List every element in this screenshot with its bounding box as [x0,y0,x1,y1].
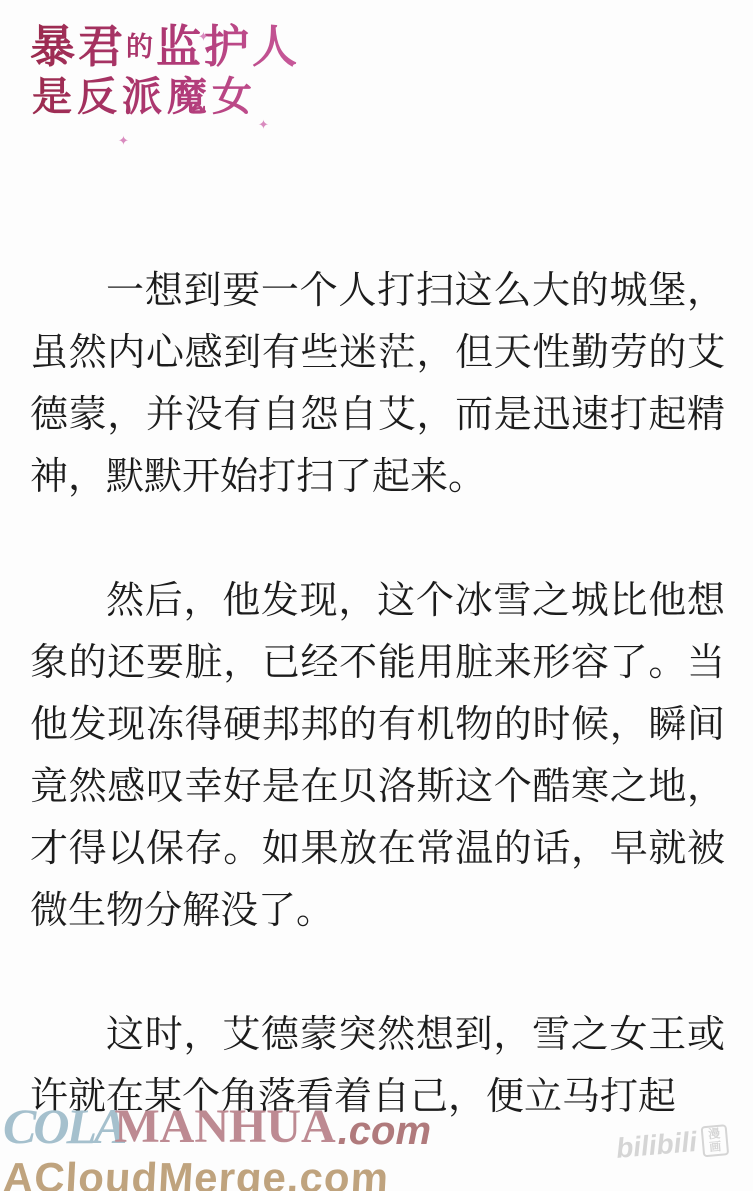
sparkle-icon: ✦ [118,134,129,149]
sparkle-icon: ✦ [198,30,209,45]
logo-title-line1-right: 监护人 [156,22,300,72]
logo-title-line2: 是反派魔女 [30,75,300,120]
logo-title-line1: 暴君的监护人 [30,22,300,72]
paragraph-1: 一想到要一个人打扫这么大的城堡，虽然内心感到有些迷茫，但天性勤劳的艾德蒙，并没有… [30,260,725,508]
colamanhua-watermark-cola: COLA [3,1101,124,1151]
comic-page-image: 暴君的监护人 是反派魔女 ✦ ✦ ✦ 一想到要一个人打扫这么大的城堡，虽然内心感… [0,0,753,1191]
colamanhua-watermark-manhua: MANHUA [114,1103,335,1151]
bilibili-manhua-badge-text: 漫画 [705,1127,724,1154]
novel-text-block: 一想到要一个人打扫这么大的城堡，虽然内心感到有些迷茫，但天性勤劳的艾德蒙，并没有… [30,260,725,1128]
logo-title-line1-left: 暴君 [30,22,126,72]
colamanhua-watermark: COLA MANHUA .com [3,1101,431,1151]
bilibili-manhua-badge: 漫画 [700,1124,729,1157]
paragraph-2: 然后，他发现，这个冰雪之城比他想象的还要脏，已经不能用脏来形容了。当他发现冻得硬… [30,570,725,942]
series-logo: 暴君的监护人 是反派魔女 ✦ ✦ ✦ [30,22,300,120]
colamanhua-watermark-com: .com [338,1111,431,1151]
sparkle-icon: ✦ [258,118,269,133]
acloudmerge-watermark: ACloudMerge.com [2,1157,432,1191]
site-watermarks: COLA MANHUA .com ACloudMerge.com [3,1101,431,1191]
bilibili-logo-text: bilibili [615,1126,698,1165]
logo-title-line1-small: 的 [126,32,156,62]
bilibili-watermark: bilibili 漫画 [615,1123,729,1165]
